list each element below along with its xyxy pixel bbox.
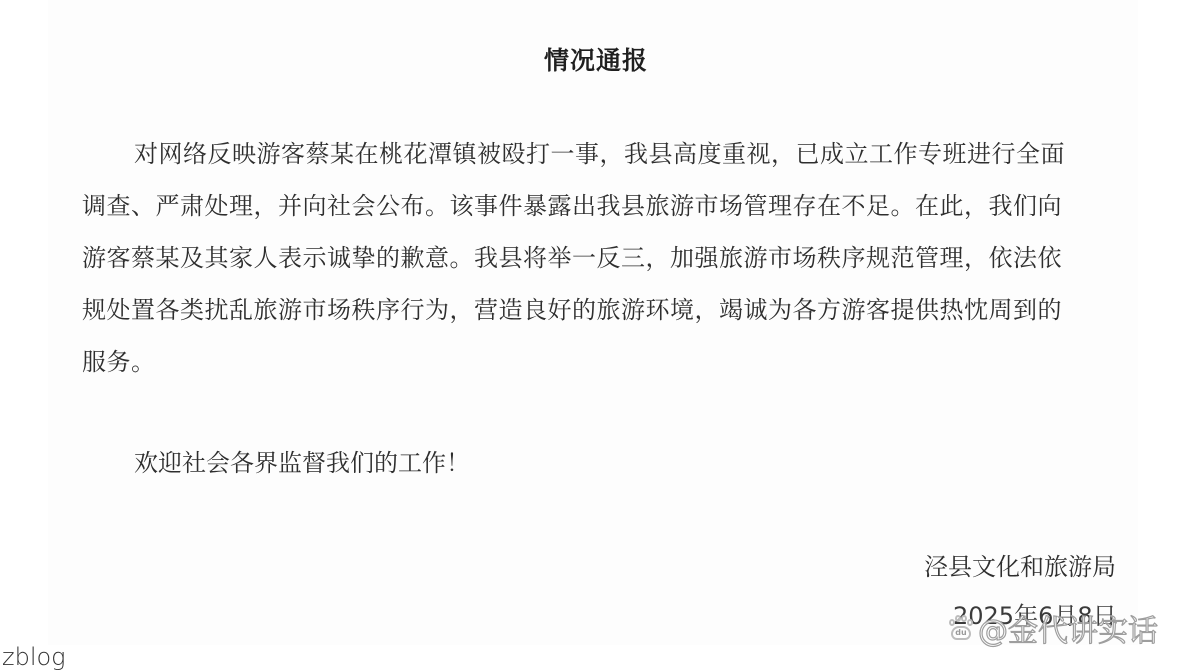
body-line: 规处置各类扰乱旅游市场秩序行为，营造良好的旅游环境，竭诚为各方游客提供热忱周到的 [82, 284, 1122, 336]
document-title: 情况通报 [0, 41, 1192, 77]
body-line: 服务。 [82, 336, 1122, 388]
footer-tag: zblog [2, 644, 66, 670]
watermark: du @金代讲实话 [948, 606, 1158, 650]
document-body: 对网络反映游客蔡某在桃花潭镇被殴打一事，我县高度重视，已成立工作专班进行全面 调… [82, 128, 1122, 388]
closing-statement: 欢迎社会各界监督我们的工作！ [134, 443, 470, 483]
body-line: 游客蔡某及其家人表示诚挚的歉意。我县将举一反三，加强旅游市场秩序规范管理，依法依 [82, 232, 1122, 284]
watermark-label: @金代讲实话 [978, 606, 1158, 650]
issuing-authority: 泾县文化和旅游局 [924, 547, 1116, 587]
body-line: 调查、严肃处理，并向社会公布。该事件暴露出我县旅游市场管理存在不足。在此，我们向 [82, 180, 1122, 232]
watermark-icon-text: du [951, 626, 971, 640]
body-line: 对网络反映游客蔡某在桃花潭镇被殴打一事，我县高度重视，已成立工作专班进行全面 [82, 128, 1122, 180]
baidu-paw-icon: du [948, 615, 974, 641]
